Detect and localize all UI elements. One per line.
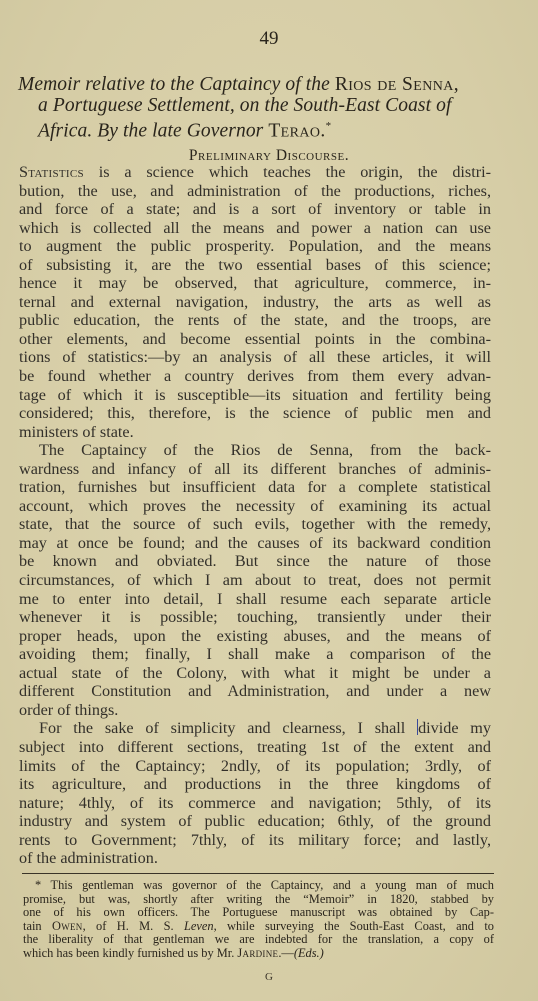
ship-name: Leven [184,919,214,933]
text-line: considered; this, therefore, is the scie… [19,404,491,423]
text-line: bution, the use, and administration of t… [19,182,491,201]
footnote-line: one of his own officers. The Portuguese … [23,906,494,920]
text-line: ternal and external navigation, industry… [19,293,491,312]
title-line-2: a Portuguese Settlement, on the South-Ea… [18,95,508,116]
article-title: Memoir relative to the Captaincy of the … [18,74,508,142]
text-line: to augment the public prosperity. Popula… [19,237,491,256]
editors-attribution: (Eds.) [294,946,324,960]
document-page: 49 Memoir relative to the Captaincy of t… [0,0,538,1001]
person-name: Owen [52,919,83,933]
text-line: avoiding them; finally, I shall make a c… [19,645,491,664]
text-line: proper heads, upon the existing abuses, … [19,627,491,646]
text-line: tions of statistics:—by an analysis of a… [19,348,491,367]
text-line: hence it may be observed, that agricultu… [19,274,491,293]
footnote-line: which has been kindly furnished us by Mr… [23,947,494,961]
footnote: * This gentleman was governor of the Cap… [23,879,494,961]
title-text: Memoir relative to the Captaincy of the [18,74,335,95]
body-text: Statistics is a science which teaches th… [19,163,491,868]
text-span: is a science which teaches the origin, t… [84,163,491,181]
text-span: divide my [418,719,491,737]
title-line-1: Memoir relative to the Captaincy of the … [18,74,508,95]
text-line: state, that the source of such evils, to… [19,515,491,534]
text-line: account, which proves the necessity of e… [19,497,491,516]
text-line: be known and obviated. But since the nat… [19,552,491,571]
text-line: whenever it is possible; touching, trans… [19,608,491,627]
text-span: .— [278,946,294,960]
text-span: , of H. M. S. [83,919,184,933]
text-line: rents to Government; 7thly, of its milit… [19,831,491,850]
title-text: Africa. By the late Governor [38,121,268,142]
footnote-line: promise, but was, shortly after writing … [23,893,494,907]
text-line: different Constitution and Administratio… [19,682,491,701]
footnote-marker: * [35,878,41,892]
text-line: other elements, and become essential poi… [19,330,491,349]
text-line: public education, the rents of the state… [19,311,491,330]
text-line: and force of a state; and is a sort of i… [19,200,491,219]
text-line: industry and system of public education;… [19,812,491,831]
text-line: Statistics is a science which teaches th… [19,163,491,182]
title-line-3: Africa. By the late Governor Terao.* [18,116,508,142]
text-line: nature; 4thly, of its commerce and navig… [19,794,491,813]
text-line: order of things. [19,701,491,720]
text-line: circumstances, of which I am about to tr… [19,571,491,590]
text-line: wardness and infancy of all its differen… [19,460,491,479]
paragraph-1: Statistics is a science which teaches th… [19,163,491,441]
text-span: This gentleman was governor of the Capta… [51,878,495,892]
text-line: ministers of state. [19,423,491,442]
paragraph-3[interactable]: For the sake of simplicity and clearness… [19,719,491,867]
lead-word: Statistics [19,163,84,181]
footnote-line: the liberality of that gentleman we are … [23,933,494,947]
footnote-marker[interactable]: * [326,120,332,132]
footnote-line: tain Owen, of H. M. S. Leven, while surv… [23,920,494,934]
text-span: tain [23,919,52,933]
text-line: The Captaincy of the Rios de Senna, from… [19,441,491,460]
text-line: be found whether a country derives from … [19,367,491,386]
text-span: For the sake of simplicity and clearness… [39,719,417,737]
text-line: actual state of the Colony, with what it… [19,664,491,683]
text-line-with-caret[interactable]: For the sake of simplicity and clearness… [19,719,491,738]
text-span: , while surveying the South-East Coast, … [214,919,494,933]
signature-mark: G [0,971,538,983]
paragraph-2: The Captaincy of the Rios de Senna, from… [19,441,491,719]
page-number: 49 [0,28,538,50]
footnote-divider [22,873,494,874]
text-span: which has been kindly furnished us by Mr… [23,946,237,960]
title-place-name: Rios de Senna, [335,74,459,95]
footnote-line: * This gentleman was governor of the Cap… [23,879,494,893]
text-line: tage of which it is susceptible—its situ… [19,386,491,405]
title-author-name: Terao. [268,121,325,142]
text-line: me to enter into detail, I shall resume … [19,590,491,609]
text-line: limits of the Captaincy; 2ndly, of its p… [19,757,491,776]
text-line: subject into different sections, treatin… [19,738,491,757]
text-line: its agriculture, and productions in the … [19,775,491,794]
text-line: tration, furnishes but insufficient data… [19,478,491,497]
text-line: which is collected all the means and pow… [19,219,491,238]
text-line: of subsisting it, are the two essential … [19,256,491,275]
person-name: Jardine [237,946,278,960]
text-line: may at once be found; and the causes of … [19,534,491,553]
text-line: of the administration. [19,849,491,868]
